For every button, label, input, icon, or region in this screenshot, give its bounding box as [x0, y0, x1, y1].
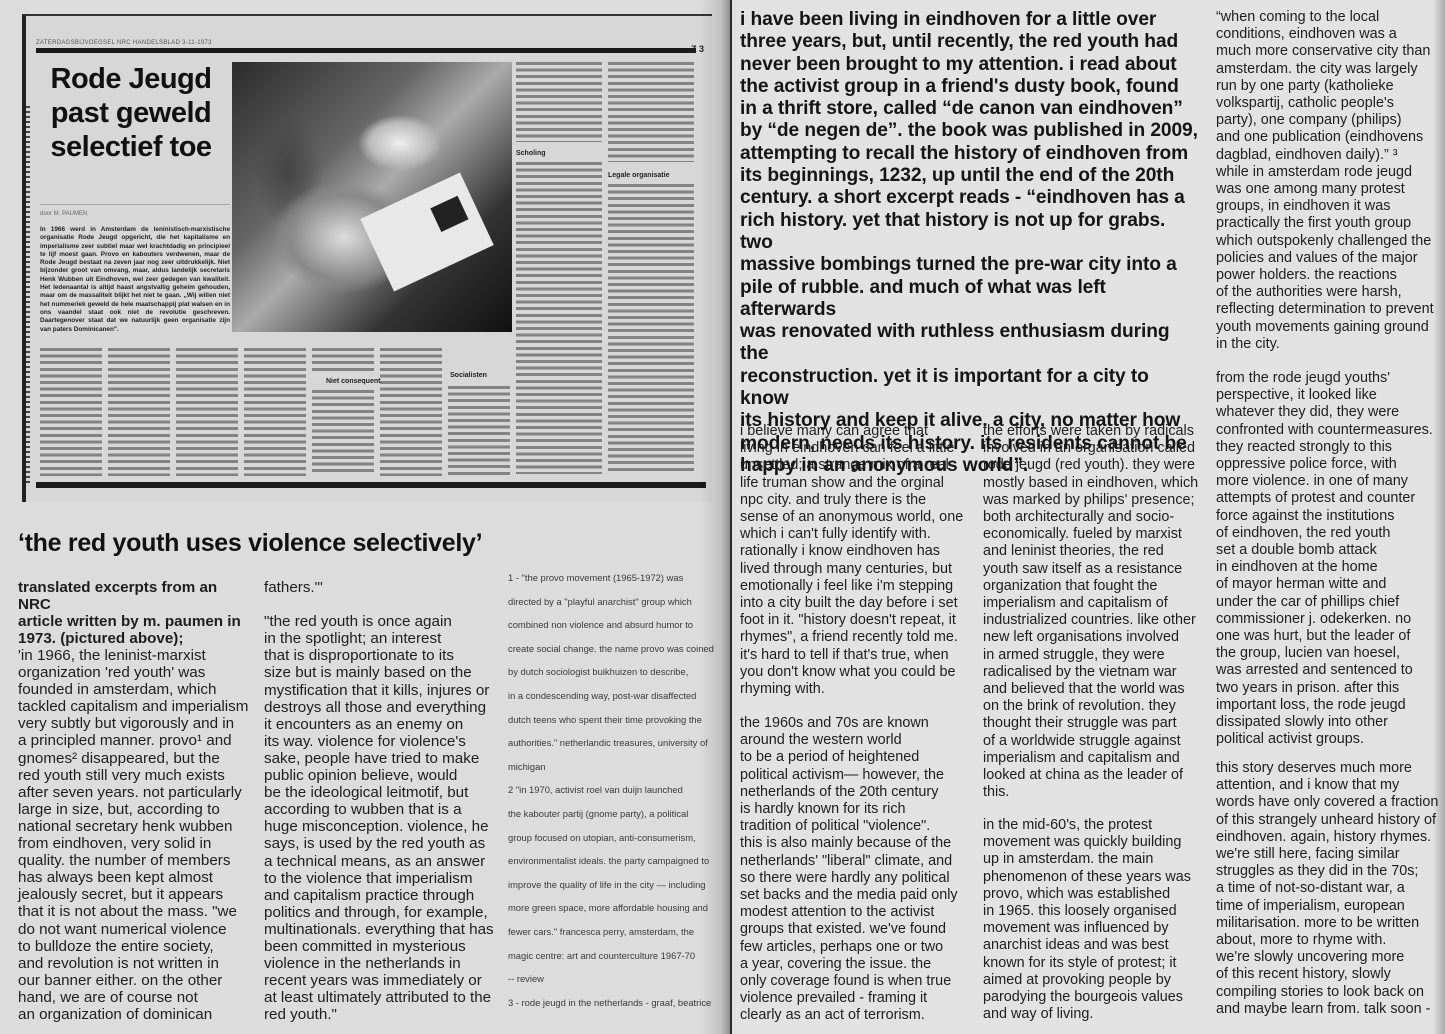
newspaper-page-number: Z 3	[691, 44, 704, 54]
newspaper-column	[108, 348, 170, 476]
essay-column-2-para-2: in the mid-60's, the protest movement wa…	[983, 817, 1215, 1023]
newspaper-subhead: Socialisten	[450, 372, 487, 379]
newspaper-column	[516, 62, 602, 142]
essay-column-3-para-1: “when coming to the local conditions, ei…	[1216, 9, 1445, 353]
newspaper-subhead: Niet consequent	[326, 378, 380, 385]
right-page: i have been living in eindhoven for a li…	[730, 0, 1445, 1034]
newspaper-column	[380, 348, 442, 476]
newspaper-photo	[232, 62, 512, 332]
newspaper-column	[312, 390, 374, 476]
newspaper-clipping: ZATERDAGSBIJVOEGSEL NRC HANDELSBLAD 3-11…	[22, 14, 712, 502]
newspaper-column	[244, 348, 306, 476]
clipping-margin-text	[24, 106, 30, 486]
newspaper-column	[176, 348, 238, 476]
article-column-2: fathers."' "the red youth is once again …	[264, 579, 504, 1023]
footnotes: 1 - "the provo movement (1965-1972) was …	[508, 566, 726, 1014]
page-edge-shadow	[1433, 0, 1445, 1034]
newspaper-subhead: Scholing	[516, 150, 546, 157]
article-column-1: 'in 1966, the leninist-marxist organizat…	[18, 647, 258, 1023]
article-intro: translated excerpts from an NRC article …	[18, 579, 248, 647]
essay-column-3-para-3: this story deserves much more attention,…	[1216, 760, 1445, 1018]
essay-column-3-para-2: from the rode jeugd youths' perspective,…	[1216, 370, 1445, 748]
essay-intro: i have been living in eindhoven for a li…	[740, 9, 1200, 477]
newspaper-headline: Rode Jeugd past geweld selectief toe	[36, 62, 226, 164]
essay-column-1-para-1: i believe many can agree that living in …	[740, 423, 980, 698]
essay-column-1-para-2: the 1960s and 70s are known around the w…	[740, 715, 980, 1025]
newspaper-column	[608, 62, 694, 162]
zine-spread: ZATERDAGSBIJVOEGSEL NRC HANDELSBLAD 3-11…	[0, 0, 1445, 1034]
newspaper-header: ZATERDAGSBIJVOEGSEL NRC HANDELSBLAD 3-11…	[36, 40, 212, 46]
newspaper-column	[448, 386, 510, 476]
newspaper-column	[40, 348, 102, 476]
newspaper-subhead: Legale organisatie	[608, 172, 669, 179]
newspaper-rule	[36, 48, 696, 53]
newspaper-column	[312, 348, 374, 374]
newspaper-bottom-rule	[36, 482, 706, 488]
newspaper-lead-paragraph: In 1966 werd in Amsterdam de leninistisc…	[40, 226, 230, 334]
newspaper-byline: door M. PAUMEN	[40, 204, 230, 217]
essay-column-2-para-1: the efforts were taken by radicals invol…	[983, 423, 1215, 801]
newspaper-column	[516, 162, 602, 474]
left-page: ZATERDAGSBIJVOEGSEL NRC HANDELSBLAD 3-11…	[0, 0, 730, 1034]
newspaper-column	[608, 184, 694, 474]
photo-debris-paper	[360, 173, 494, 292]
article-title: ‘the red youth uses violence selectively…	[18, 529, 482, 558]
